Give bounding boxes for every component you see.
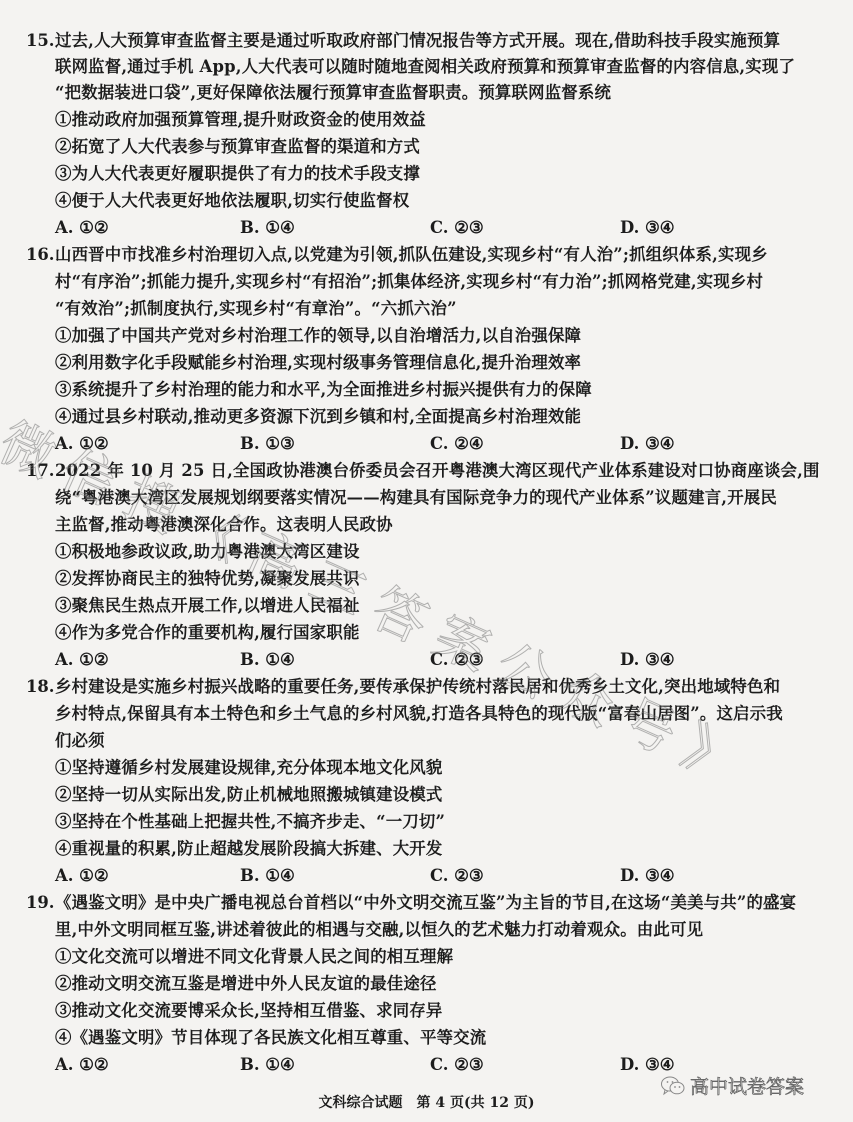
statement-1: ①坚持遵循乡村发展建设规律,充分体现本地文化风貌 (55, 758, 443, 778)
question-number: 16. (26, 245, 55, 265)
option-b[interactable]: B. ①③ (240, 434, 295, 454)
statement-2: ②利用数字化手段赋能乡村治理,实现村级事务管理信息化,提升治理效率 (55, 353, 581, 373)
statement-3: ③聚焦民生热点开展工作,以增进人民福祉 (55, 596, 360, 616)
exam-page: 15. 过去,人大预算审查监督主要是通过听取政府部门情况报告等方式开展。现在,借… (0, 0, 853, 1122)
statement-3: ③推动文化交流要博采众长,坚持相互借鉴、求同存异 (55, 1001, 443, 1021)
question-number: 17. (26, 461, 55, 481)
statement-2: ②推动文明交流互鉴是增进中外人民友谊的最佳途径 (55, 974, 437, 994)
option-c[interactable]: C. ②④ (430, 434, 484, 454)
statement-2: ②拓宽了人大代表参与预算审查监督的渠道和方式 (55, 137, 420, 157)
option-b[interactable]: B. ①④ (240, 650, 295, 670)
question-stem-line: 乡村建设是实施乡村振兴战略的重要任务,要传承保护传统村落民居和优秀乡土文化,突出… (55, 677, 780, 697)
statement-1: ①加强了中国共产党对乡村治理工作的领导,以自治增活力,以自治强保障 (55, 326, 581, 346)
statement-1: ①积极地参政议政,助力粤港澳大湾区建设 (55, 542, 360, 562)
option-a[interactable]: A. ①② (55, 434, 109, 454)
option-c[interactable]: C. ②③ (430, 1055, 484, 1075)
option-d[interactable]: D. ③④ (620, 866, 674, 886)
statement-4: ④作为多党合作的重要机构,履行国家职能 (55, 623, 360, 643)
option-a[interactable]: A. ①② (55, 1055, 109, 1075)
question-number: 15. (26, 31, 55, 51)
option-d[interactable]: D. ③④ (620, 218, 674, 238)
statement-4: ④便于人大代表更好地依法履职,切实行使监督权 (55, 191, 409, 211)
option-a[interactable]: A. ①② (55, 866, 109, 886)
option-d[interactable]: D. ③④ (620, 434, 674, 454)
statement-3: ③为人大代表更好履职提供了有力的技术手段支撑 (55, 164, 420, 184)
option-c[interactable]: C. ②③ (430, 650, 484, 670)
option-c[interactable]: C. ②③ (430, 866, 484, 886)
statement-2: ②发挥协商民主的独特优势,凝聚发展共识 (55, 569, 360, 589)
question-stem-line: 村“有序治”;抓能力提升,实现乡村“有招治”;抓集体经济,实现乡村“有力治”;抓… (55, 272, 763, 292)
statement-4: ④重视量的积累,防止超越发展阶段搞大拆建、大开发 (55, 839, 443, 859)
statement-3: ③系统提升了乡村治理的能力和水平,为全面推进乡村振兴提供有力的保障 (55, 380, 592, 400)
question-stem-line: 主监督,推动粤港澳深化合作。这表明人民政协 (55, 515, 393, 535)
statement-4: ④《遇鉴文明》节目体现了各民族文化相互尊重、平等交流 (55, 1028, 486, 1048)
statement-1: ①推动政府加强预算管理,提升财政资金的使用效益 (55, 110, 426, 130)
option-b[interactable]: B. ①④ (240, 218, 295, 238)
question-stem-line: 们必须 (55, 731, 105, 751)
question-number: 19. (26, 893, 55, 913)
question-stem-line: 山西晋中市找准乡村治理切入点,以党建为引领,抓队伍建设,实现乡村“有人治”;抓组… (55, 245, 768, 265)
page-footer: 文科综合试题 第 4 页(共 12 页) (0, 1094, 853, 1112)
option-d[interactable]: D. ③④ (620, 650, 674, 670)
question-stem-line: 绕“粤港澳大湾区发展规划纲要落实情况——构建具有国际竞争力的现代产业体系”议题建… (55, 488, 777, 508)
question-stem-line: 联网监督,通过手机 App,人大代表可以随时随地查阅相关政府预算和预算审查监督的… (55, 57, 795, 77)
statement-2: ②坚持一切从实际出发,防止机械地照搬城镇建设模式 (55, 785, 443, 805)
question-stem-line: 乡村特点,保留具有本土特色和乡土气息的乡村风貌,打造各具特色的现代版“富春山居图… (55, 704, 783, 724)
option-c[interactable]: C. ②③ (430, 218, 484, 238)
question-stem-line: 过去,人大预算审查监督主要是通过听取政府部门情况报告等方式开展。现在,借助科技手… (55, 31, 780, 51)
question-stem-line: 里,中外文明同框互鉴,讲述着彼此的相遇与交融,以恒久的艺术魅力打动着观众。由此可… (55, 920, 703, 940)
statement-1: ①文化交流可以增进不同文化背景人民之间的相互理解 (55, 947, 453, 967)
question-stem-line: 《遇鉴文明》是中央广播电视总台首档以“中外文明交流互鉴”为主旨的节目,在这场“美… (55, 893, 796, 913)
question-stem-line: “把数据装进口袋”,更好保障依法履行预算审查监督职责。预算联网监督系统 (55, 83, 611, 103)
option-a[interactable]: A. ①② (55, 650, 109, 670)
question-number: 18. (26, 677, 55, 697)
statement-3: ③坚持在个性基础上把握共性,不搞齐步走、“一刀切” (55, 812, 445, 832)
option-b[interactable]: B. ①④ (240, 1055, 295, 1075)
statement-4: ④通过县乡村联动,推动更多资源下沉到乡镇和村,全面提高乡村治理效能 (55, 407, 581, 427)
question-stem-line: “有效治”;抓制度执行,实现乡村“有章治”。“六抓六治” (55, 299, 457, 319)
option-a[interactable]: A. ①② (55, 218, 109, 238)
option-b[interactable]: B. ①④ (240, 866, 295, 886)
question-stem-line: 2022 年 10 月 25 日,全国政协港澳台侨委员会召开粤港澳大湾区现代产业… (55, 461, 820, 481)
